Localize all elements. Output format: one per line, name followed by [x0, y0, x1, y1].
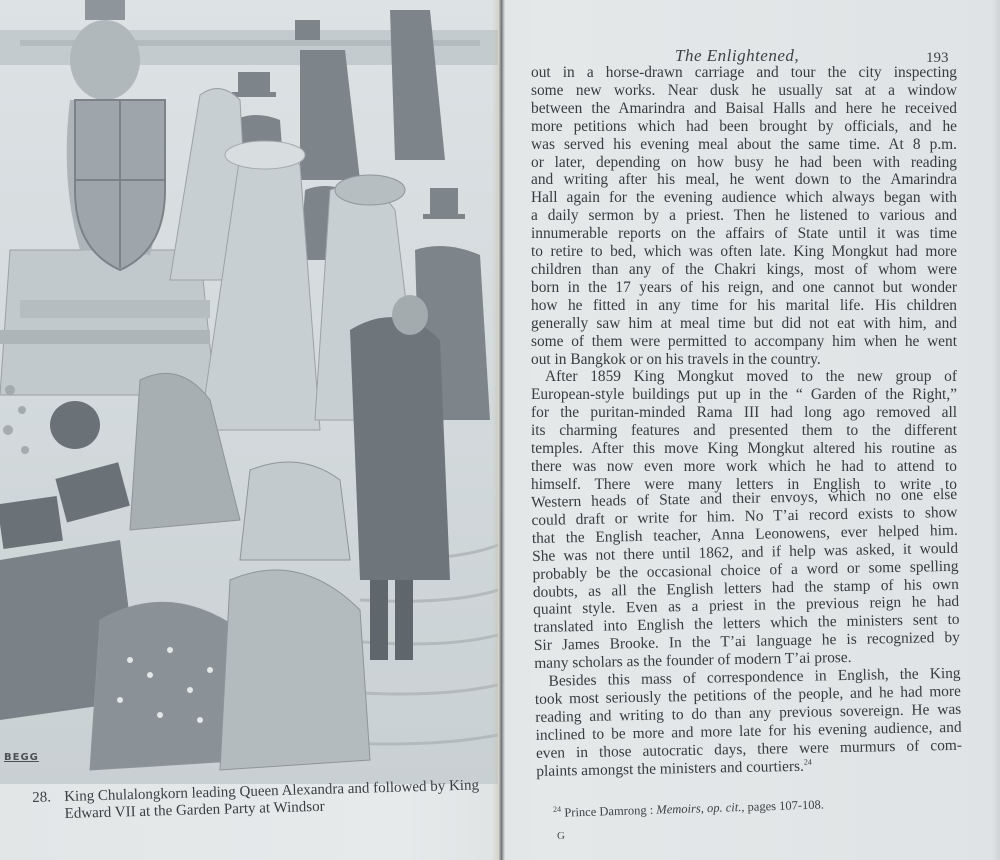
paragraph-1: out in a horse-drawn carriage and tour t…	[531, 64, 957, 368]
text-line: and writing after his meal, he went down…	[531, 171, 957, 189]
garden-party-illustration	[0, 0, 498, 784]
body-text: out in a horse-drawn carriage and tour t…	[531, 64, 957, 780]
lion-icon	[70, 20, 140, 100]
text-line: to retire to bed, which was often late. …	[531, 243, 957, 261]
text-line: or later, depending on how busy he had b…	[531, 154, 957, 172]
text-line: temples. After this move King Mongkut al…	[531, 440, 957, 458]
illustration-plate: BEGG	[0, 0, 498, 784]
open-book-spread: BEGG 28. King Chulalongkorn leading Quee…	[0, 0, 1000, 860]
right-page: The Enlightened, 193 out in a horse-draw…	[505, 0, 1000, 860]
page-edge-shadow	[992, 0, 1000, 860]
text-line: out in Bangkok or on his travels in the …	[531, 351, 957, 369]
text-line: some of them were permitted to accompany…	[531, 333, 957, 351]
footnote-author: Prince Damrong :	[564, 803, 656, 820]
text-line: children than any of the Chakri kings, m…	[531, 261, 957, 279]
artist-signature: BEGG	[4, 752, 39, 763]
footnote: 24 Prince Damrong : Memoirs, op. cit., p…	[553, 797, 824, 820]
text-line: its charming features and presented them…	[531, 422, 957, 440]
footnote-title: Memoirs, op. cit.,	[656, 800, 745, 817]
text-line: Hall again for the evening audience whic…	[531, 189, 957, 207]
text-line: some new works. Near dusk he usually sat…	[531, 82, 957, 100]
text-line: After 1859 King Mongkut moved to the new…	[531, 368, 957, 386]
footnote-pages: pages 107-108.	[744, 797, 824, 813]
text-line: there was now even more work which he ha…	[531, 458, 957, 476]
text-line: European-style buildings put up in the “…	[531, 386, 957, 404]
text-line: more petitions which had been brought by…	[531, 118, 957, 136]
plate-number: 28.	[32, 789, 51, 807]
text-line: between the Amarindra and Baisal Halls a…	[531, 100, 957, 118]
text-line: for the puritan-minded Rama III had long…	[531, 404, 957, 422]
text-line: generally saw him at meal time but did n…	[531, 315, 957, 333]
police-helmet-icon	[50, 401, 100, 449]
text-line: innumerable reports on the affairs of St…	[531, 225, 957, 243]
left-page: BEGG 28. King Chulalongkorn leading Quee…	[0, 0, 502, 860]
text-line: a daily sermon by a priest. Then he list…	[531, 207, 957, 225]
curved-text-block: Western heads of State and their envoys,…	[531, 486, 962, 781]
text-line: out in a horse-drawn carriage and tour t…	[531, 64, 957, 82]
text-line: born in the 17 years of his reign, and o…	[531, 279, 957, 297]
footnote-reference: 24	[804, 757, 812, 766]
footnote-marker: 24	[553, 805, 561, 814]
text-line: was served his evening meal about the sa…	[531, 136, 957, 154]
running-head: The Enlightened,	[675, 46, 799, 66]
printer-signature-mark: G	[557, 830, 565, 842]
paragraph-2: After 1859 King Mongkut moved to the new…	[531, 368, 957, 780]
top-hat-icon	[238, 72, 270, 94]
crown-icon	[85, 0, 125, 20]
text-line: how he fitted in any time for his marita…	[531, 297, 957, 315]
